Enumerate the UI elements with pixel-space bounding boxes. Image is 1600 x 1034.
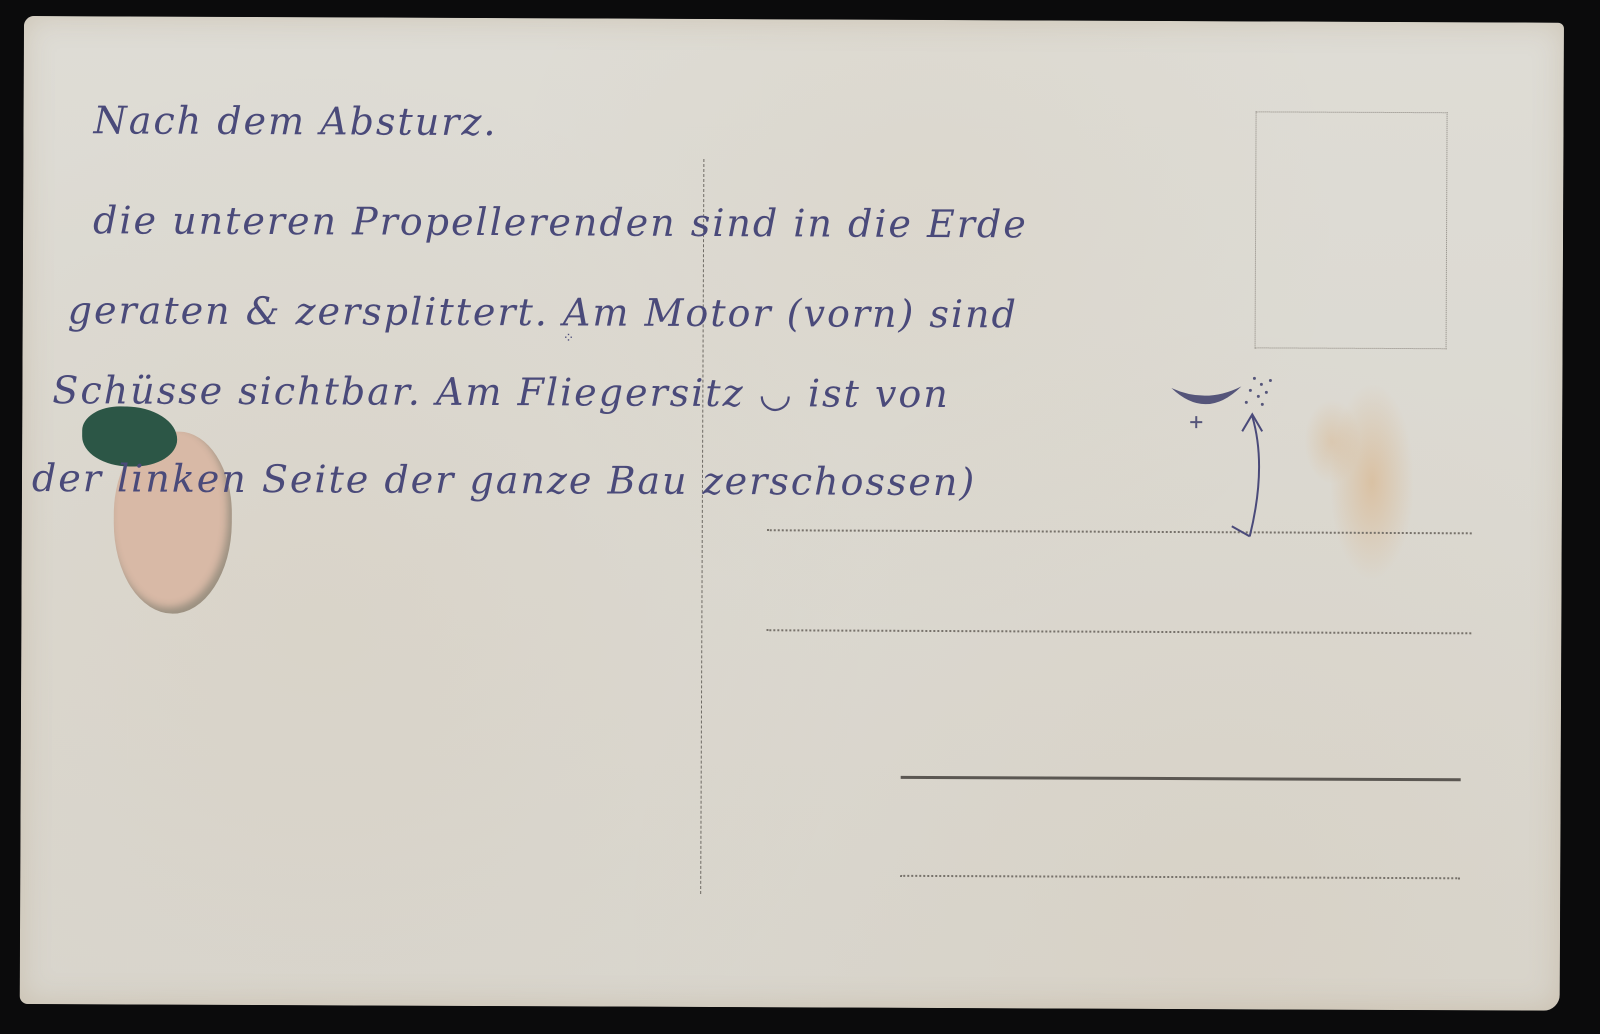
handwriting-line-4: Schüsse sichtbar. Am Fliegersitz ◡ ist v… — [52, 368, 950, 416]
ink-dots: ⁘ — [563, 330, 581, 346]
address-line — [766, 629, 1471, 634]
center-divider — [700, 159, 704, 894]
handwriting-line-1: Nach dem Absturz. — [93, 98, 497, 144]
arrow-icon — [1222, 406, 1273, 546]
address-line — [900, 875, 1460, 879]
handwriting-line-2: die unteren Propellerenden sind in die E… — [93, 198, 1028, 246]
postcard: Nach dem Absturz. die unteren Propellere… — [20, 16, 1564, 1011]
stamp-box — [1255, 111, 1448, 349]
address-line-solid — [901, 776, 1461, 781]
handwriting-line-3: geraten & zersplittert. Am Motor (vorn) … — [68, 288, 1018, 336]
address-line — [767, 529, 1472, 534]
handwriting-line-5: der linken Seite der ganze Bau zerschoss… — [32, 456, 976, 504]
